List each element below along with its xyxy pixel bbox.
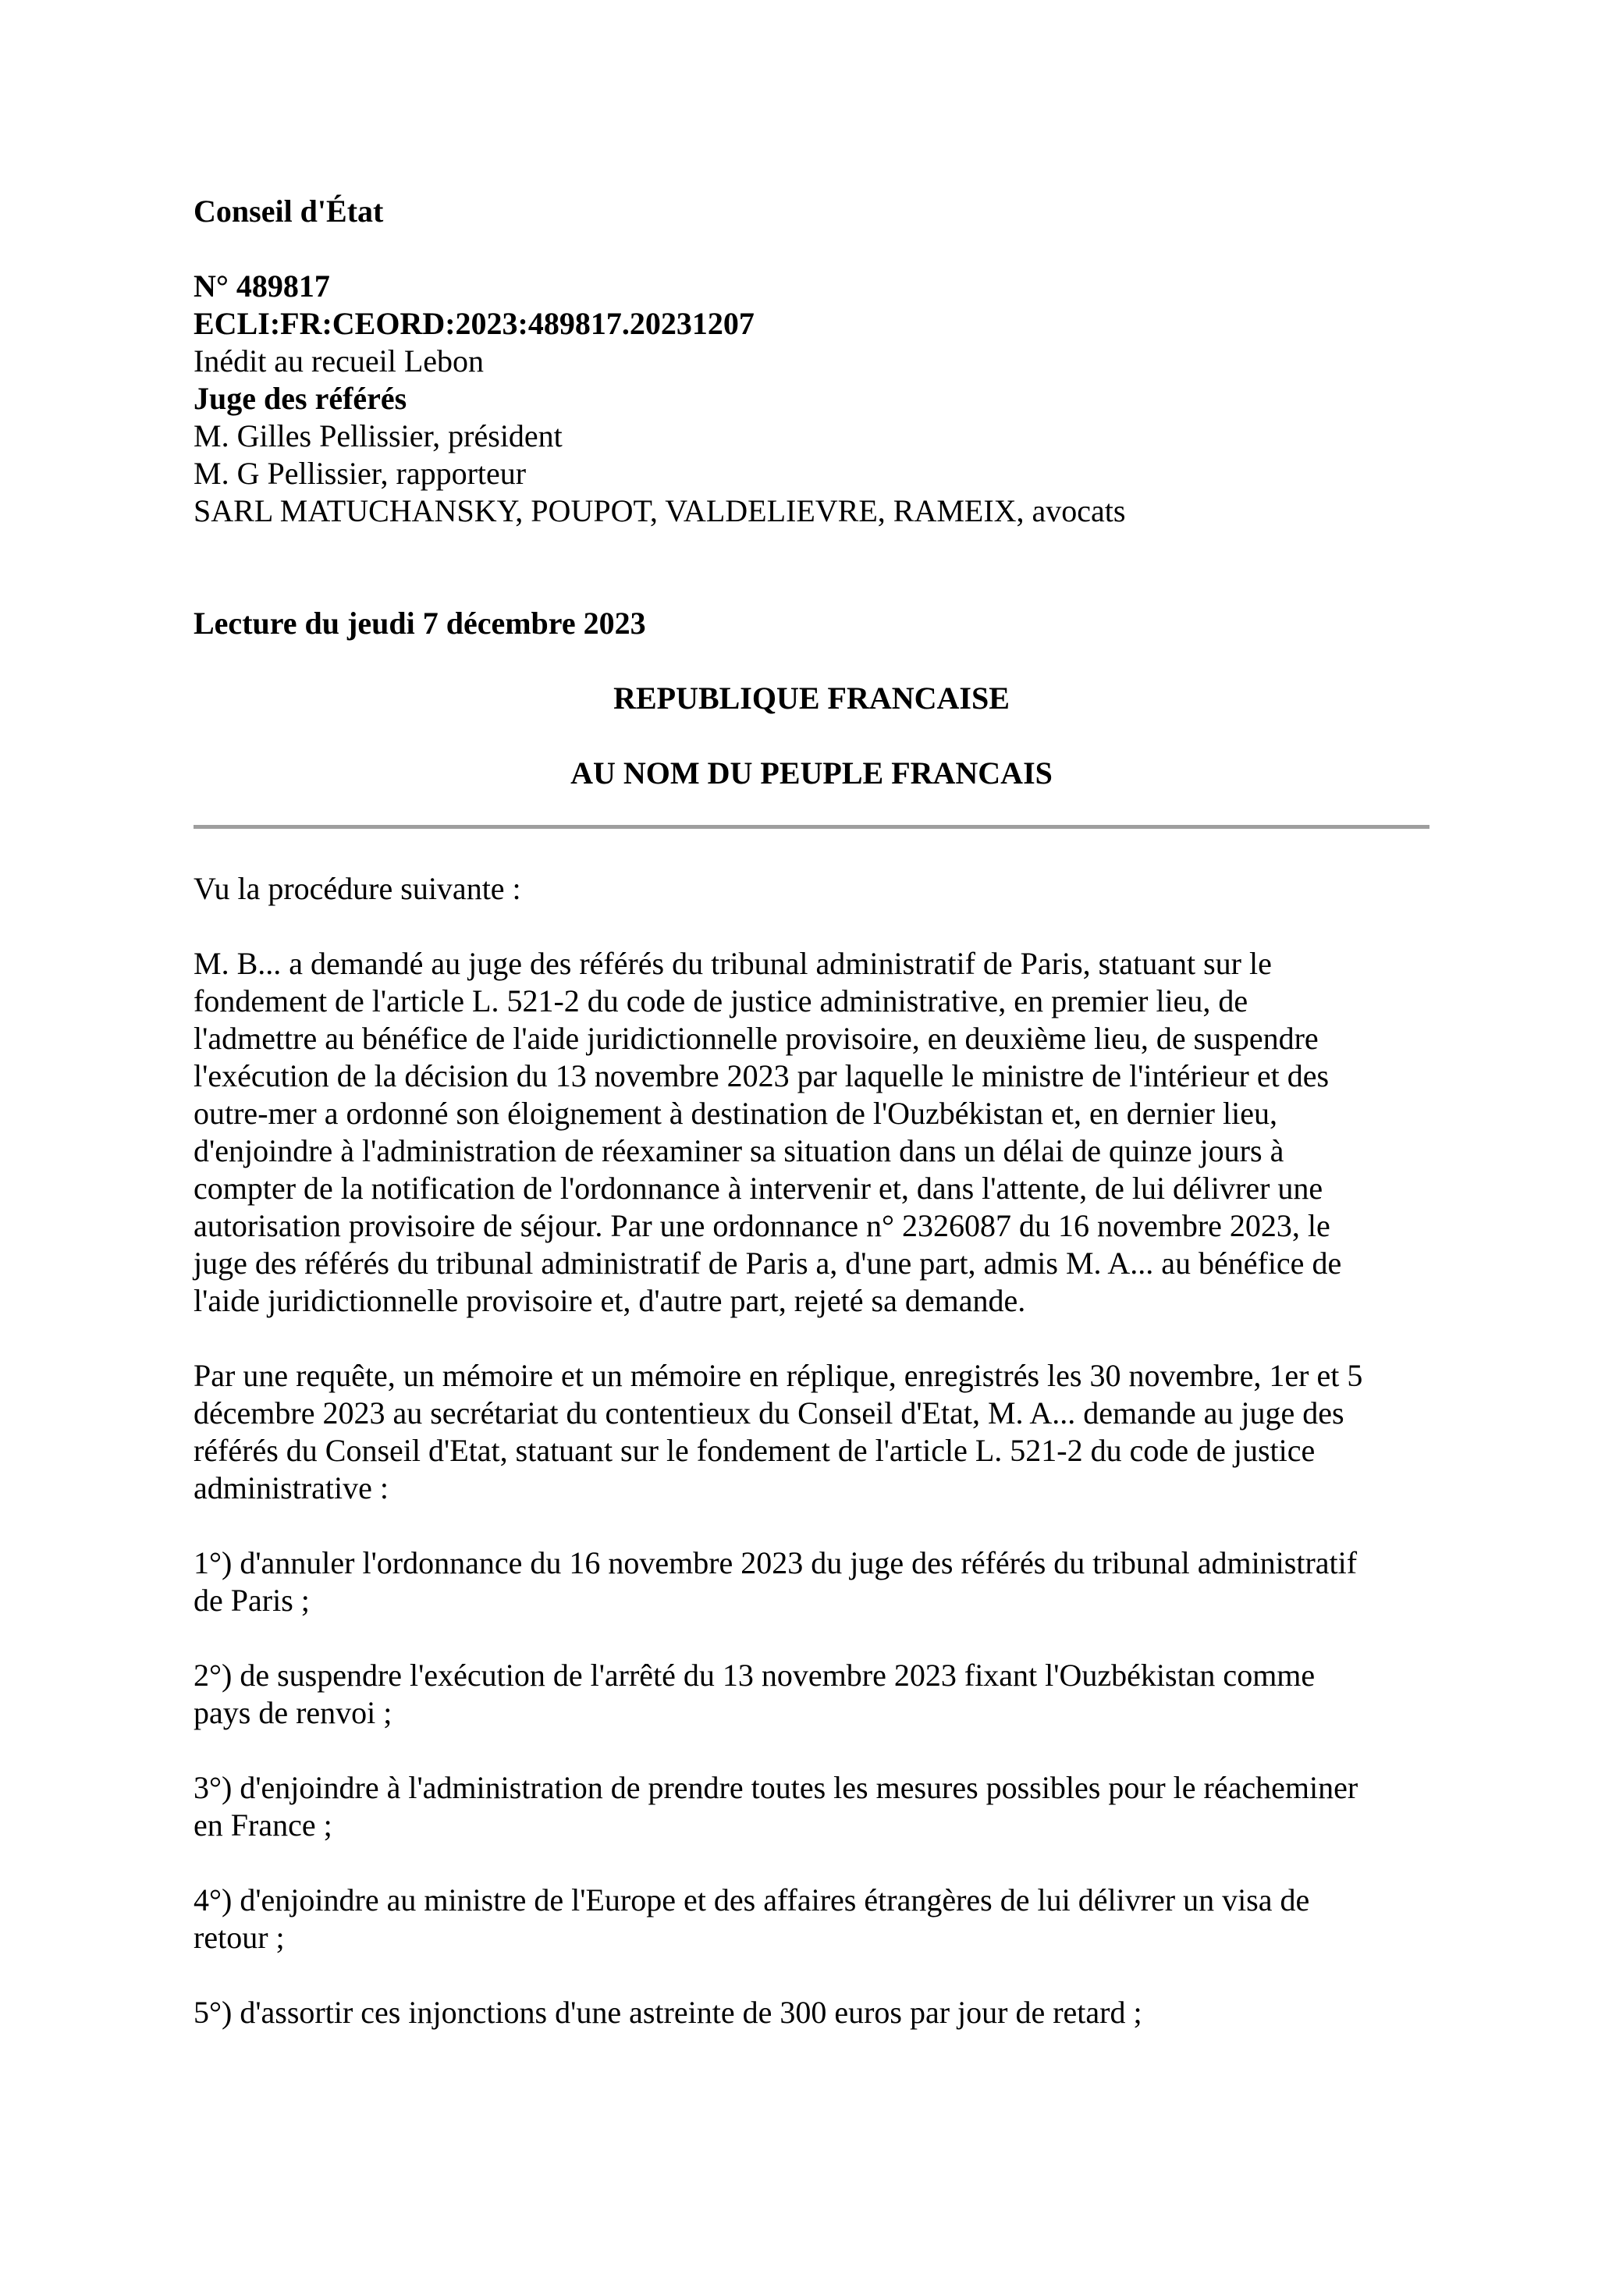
publication-status: Inédit au recueil Lebon	[194, 343, 1429, 380]
paragraph-line: décembre 2023 au secrétariat du contenti…	[194, 1395, 1429, 1432]
paragraph-line: en France ;	[194, 1807, 1429, 1844]
paragraph-line: d'enjoindre à l'administration de réexam…	[194, 1132, 1429, 1170]
paragraph-line: l'admettre au bénéfice de l'aide juridic…	[194, 1020, 1429, 1057]
paragraph-line: référés du Conseil d'Etat, statuant sur …	[194, 1432, 1429, 1470]
paragraph-line: 3°) d'enjoindre à l'administration de pr…	[194, 1769, 1429, 1807]
paragraph-line: 4°) d'enjoindre au ministre de l'Europe …	[194, 1882, 1429, 1919]
rapporteur: M. G Pellissier, rapporteur	[194, 455, 1429, 492]
paragraph-line: Par une requête, un mémoire et un mémoir…	[194, 1357, 1429, 1395]
paragraph-line: 1°) d'annuler l'ordonnance du 16 novembr…	[194, 1544, 1429, 1582]
formation: Juge des référés	[194, 380, 1429, 418]
ecli-identifier: ECLI:FR:CEORD:2023:489817.20231207	[194, 305, 1429, 343]
paragraph-line: pays de renvoi ;	[194, 1694, 1429, 1732]
title-people: AU NOM DU PEUPLE FRANCAIS	[194, 755, 1429, 792]
paragraph: 2°) de suspendre l'exécution de l'arrêté…	[194, 1657, 1429, 1732]
paragraph-line: 5°) d'assortir ces injonctions d'une ast…	[194, 1994, 1429, 2031]
paragraph-line: Vu la procédure suivante :	[194, 870, 1429, 908]
president: M. Gilles Pellissier, président	[194, 418, 1429, 455]
paragraph: Par une requête, un mémoire et un mémoir…	[194, 1357, 1429, 1507]
lawyers: SARL MATUCHANSKY, POUPOT, VALDELIEVRE, R…	[194, 492, 1429, 530]
decision-body: Vu la procédure suivante :M. B... a dema…	[194, 870, 1429, 2031]
court-header: Conseil d'État	[194, 193, 1429, 230]
case-metadata: N° 489817 ECLI:FR:CEORD:2023:489817.2023…	[194, 268, 1429, 530]
paragraph-line: 2°) de suspendre l'exécution de l'arrêté…	[194, 1657, 1429, 1694]
title-republic-block: REPUBLIQUE FRANCAISE	[194, 680, 1429, 717]
paragraph-line: autorisation provisoire de séjour. Par u…	[194, 1207, 1429, 1245]
paragraph: M. B... a demandé au juge des référés du…	[194, 945, 1429, 1320]
paragraph: 1°) d'annuler l'ordonnance du 16 novembr…	[194, 1544, 1429, 1619]
paragraph-line: compter de la notification de l'ordonnan…	[194, 1170, 1429, 1207]
reading-date: Lecture du jeudi 7 décembre 2023	[194, 605, 1429, 642]
paragraph-line: M. B... a demandé au juge des référés du…	[194, 945, 1429, 983]
paragraph-line: fondement de l'article L. 521-2 du code …	[194, 983, 1429, 1020]
horizontal-separator	[194, 825, 1429, 829]
decision-page: Conseil d'État N° 489817 ECLI:FR:CEORD:2…	[194, 193, 1429, 2069]
court-name: Conseil d'État	[194, 193, 1429, 230]
case-number: N° 489817	[194, 268, 1429, 305]
title-republic: REPUBLIQUE FRANCAISE	[194, 680, 1429, 717]
paragraph-line: l'aide juridictionnelle provisoire et, d…	[194, 1282, 1429, 1320]
paragraph-line: l'exécution de la décision du 13 novembr…	[194, 1057, 1429, 1095]
paragraph-line: administrative :	[194, 1470, 1429, 1507]
paragraph-line: de Paris ;	[194, 1582, 1429, 1619]
paragraph-line: outre-mer a ordonné son éloignement à de…	[194, 1095, 1429, 1132]
paragraph: 4°) d'enjoindre au ministre de l'Europe …	[194, 1882, 1429, 1957]
paragraph-line: retour ;	[194, 1919, 1429, 1957]
paragraph-line: juge des référés du tribunal administrat…	[194, 1245, 1429, 1282]
paragraph: Vu la procédure suivante :	[194, 870, 1429, 908]
title-people-block: AU NOM DU PEUPLE FRANCAIS	[194, 755, 1429, 792]
reading-date-block: Lecture du jeudi 7 décembre 2023	[194, 605, 1429, 642]
paragraph: 3°) d'enjoindre à l'administration de pr…	[194, 1769, 1429, 1844]
paragraph: 5°) d'assortir ces injonctions d'une ast…	[194, 1994, 1429, 2031]
